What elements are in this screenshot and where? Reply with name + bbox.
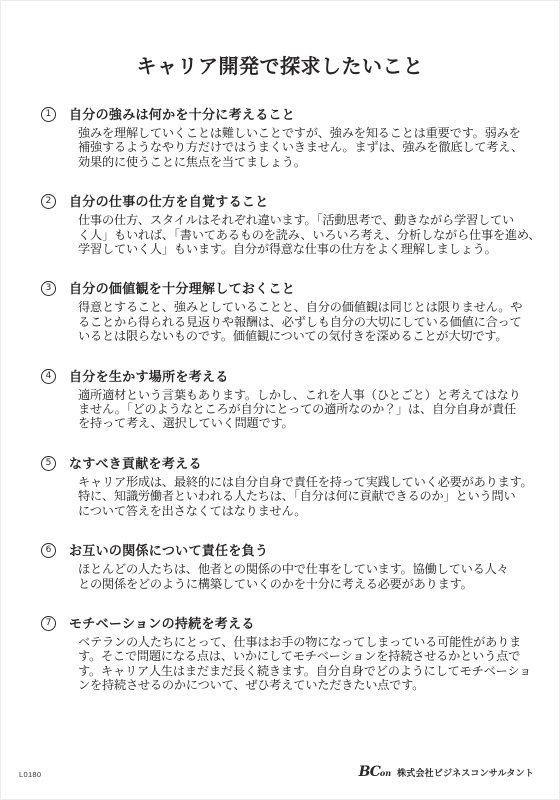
body-line: との関係をどのように構築していくのかを十分に考える必要があります。 xyxy=(78,577,545,591)
section-body: 仕事の仕方、スタイルはそれぞれ違います。「活動思考で、動きながら学習してい く人… xyxy=(41,213,545,256)
body-line: 適所適材という言葉もあります。しかし、これを人事（ひとごと）と考えてはなり xyxy=(78,388,545,402)
section-heading: 自分の仕事の仕方を自覚すること xyxy=(69,194,269,209)
body-line: す。そこで問題になる点は、いかにしてモチベーションを持続させるかという点で xyxy=(78,649,545,663)
section-heading: 自分の価値観を十分理解しておくこと xyxy=(69,281,295,296)
body-line: ほとんどの人たちは、他者との関係の中で仕事をしています。協働している人々 xyxy=(78,562,545,576)
section-header: 6 お互いの関係について責任を負う xyxy=(41,543,545,558)
body-line: キャリア形成は、最終的には自分自身で責任を持って実践していく必要があります。 xyxy=(78,475,545,489)
section-header: 2 自分の仕事の仕方を自覚すること xyxy=(41,194,545,209)
section-heading: 自分の強みは何かを十分に考えること xyxy=(69,107,295,122)
document-page: キャリア開発で探求したいこと 1 自分の強みは何かを十分に考えること 強みを理解… xyxy=(0,0,560,800)
section-heading: 自分を生かす場所を考える xyxy=(69,369,229,384)
section-1: 1 自分の強みは何かを十分に考えること 強みを理解していくことは難しいことですが… xyxy=(41,107,545,169)
section-header: 5 なすべき貢献を考える xyxy=(41,456,545,471)
section-body: ベテランの人たちにとって、仕事はお手の物になってしまっている可能性がありま す。… xyxy=(41,635,545,693)
section-heading: お互いの関係について責任を負う xyxy=(69,543,268,558)
circled-number: 1 xyxy=(41,107,56,122)
body-line: 特に、知識労働者といわれる人たちは、「自分は何に貢献できるのか」という問い xyxy=(78,489,545,503)
body-line: 効果的に使うことに焦点を当てましょう。 xyxy=(78,155,545,169)
body-line: 補強するようなやり方だけではうまくいきません。まずは、強みを徹底して考え、 xyxy=(78,140,545,154)
section-body: 強みを理解していくことは難しいことですが、強みを知ることは重要です。弱みを 補強… xyxy=(41,126,545,169)
doc-code: L0180 xyxy=(19,770,41,779)
brand-mark: BCon 株式会社ビジネスコンサルタント xyxy=(359,765,534,779)
body-line: す。キャリア人生はまだまだ長く続きます。自分自身でどのようにしてモチベーショ xyxy=(78,664,545,678)
section-header: 4 自分を生かす場所を考える xyxy=(41,369,545,384)
page-title: キャリア開発で探求したいこと xyxy=(1,54,559,80)
section-body: 適所適材という言葉もあります。しかし、これを人事（ひとごと）と考えてはなり ませ… xyxy=(41,388,545,431)
body-line: 仕事の仕方、スタイルはそれぞれ違います。「活動思考で、動きながら学習してい xyxy=(78,213,545,227)
circled-number: 4 xyxy=(41,369,56,384)
body-line: く人」もいれば、「書いてあるものを読み、いろいろ考え、分析しながら仕事を進め、 xyxy=(78,228,545,242)
bcon-logo-suffix: on xyxy=(380,769,391,777)
section-body: ほとんどの人たちは、他者との関係の中で仕事をしています。協働している人々 との関… xyxy=(41,562,545,591)
circled-number: 6 xyxy=(41,543,56,558)
body-line: いるとは限らないものです。価値観についての気付きを深めることが大切です。 xyxy=(78,329,545,343)
section-header: 1 自分の強みは何かを十分に考えること xyxy=(41,107,545,122)
section-2: 2 自分の仕事の仕方を自覚すること 仕事の仕方、スタイルはそれぞれ違います。「活… xyxy=(41,194,545,256)
body-line: ベテランの人たちにとって、仕事はお手の物になってしまっている可能性がありま xyxy=(78,635,545,649)
section-heading: モチベーションの持続を考える xyxy=(69,616,255,631)
section-5: 5 なすべき貢献を考える キャリア形成は、最終的には自分自身で責任を持って実践し… xyxy=(41,456,545,518)
section-4: 4 自分を生かす場所を考える 適所適材という言葉もあります。しかし、これを人事（… xyxy=(41,369,545,431)
body-line: ることから得られる見返りや報酬は、必ずしも自分の大切にしている価値に合って xyxy=(78,315,545,329)
body-line: 強みを理解していくことは難しいことですが、強みを知ることは重要です。弱みを xyxy=(78,126,545,140)
bcon-logo: BC xyxy=(359,765,380,779)
body-line: ません。「どのようなところが自分にとっての適所なのか？」は、自分自身が責任 xyxy=(78,402,545,416)
body-line: ンを持続させるのかについて、ぜひ考えていただきたい点です。 xyxy=(78,678,545,692)
section-body: 得意とすること、強みとしていることと、自分の価値観は同じとは限りません。や るこ… xyxy=(41,300,545,343)
body-line: 学習していく人」もいます。自分が得意な仕事の仕方をよく理解しましょう。 xyxy=(78,242,545,256)
circled-number: 7 xyxy=(41,616,56,631)
section-heading: なすべき貢献を考える xyxy=(69,456,202,471)
circled-number: 2 xyxy=(41,194,56,209)
body-line: を持って考え、選択していく問題です。 xyxy=(78,416,545,430)
section-header: 3 自分の価値観を十分理解しておくこと xyxy=(41,281,545,296)
section-header: 7 モチベーションの持続を考える xyxy=(41,616,545,631)
body-line: について答えを出さなくてはなりません。 xyxy=(78,504,545,518)
section-7: 7 モチベーションの持続を考える ベテランの人たちにとって、仕事はお手の物になっ… xyxy=(41,616,545,693)
circled-number: 3 xyxy=(41,281,56,296)
page-footer: L0180 BCon 株式会社ビジネスコンサルタント xyxy=(1,765,559,779)
body-line: 得意とすること、強みとしていることと、自分の価値観は同じとは限りません。や xyxy=(78,300,545,314)
section-body: キャリア形成は、最終的には自分自身で責任を持って実践していく必要があります。 特… xyxy=(41,475,545,518)
section-list: 1 自分の強みは何かを十分に考えること 強みを理解していくことは難しいことですが… xyxy=(1,107,559,693)
company-name: 株式会社ビジネスコンサルタント xyxy=(397,769,534,778)
circled-number: 5 xyxy=(41,456,56,471)
section-3: 3 自分の価値観を十分理解しておくこと 得意とすること、強みとしていることと、自… xyxy=(41,281,545,343)
section-6: 6 お互いの関係について責任を負う ほとんどの人たちは、他者との関係の中で仕事を… xyxy=(41,543,545,591)
